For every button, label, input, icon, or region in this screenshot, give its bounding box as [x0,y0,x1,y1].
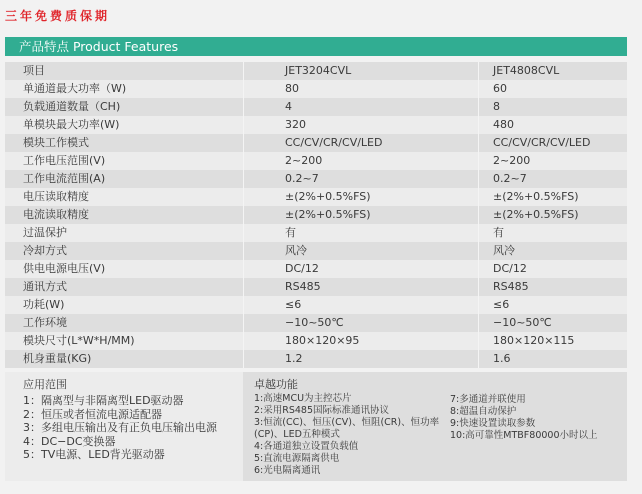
model-1-value: ≤6 [244,296,479,314]
application-item: 2：恒压或者恒流电源适配器 [23,408,243,422]
application-item: 1：隔离型与非隔离型LED驱动器 [23,394,243,408]
model-1-value: ±(2%+0.5%FS) [244,188,479,206]
table-row: 电流读取精度 ±(2%+0.5%FS) ±(2%+0.5%FS) [5,206,627,224]
model-1-value: 2~200 [244,152,479,170]
row-label: 过温保护 [5,224,244,242]
model-1-value: 风冷 [244,242,479,260]
table-row: 工作电压范围(V) 2~200 2~200 [5,152,627,170]
row-label: 项目 [5,62,244,80]
model-1-value: CC/CV/CR/CV/LED [244,134,479,152]
table-row: 负载通道数量（CH) 4 8 [5,98,627,116]
table-row: 模块尺寸(L*W*H/MM) 180×120×95 180×120×115 [5,332,627,350]
table-row: 工作环境 −10~50℃ −10~50℃ [5,314,627,332]
row-label: 负载通道数量（CH) [5,98,244,116]
table-row: 电压读取精度 ±(2%+0.5%FS) ±(2%+0.5%FS) [5,188,627,206]
model-2-value: 480 [479,116,628,134]
table-row: 工作电流范围(A) 0.2~7 0.2~7 [5,170,627,188]
feature-item: 2:采用RS485国际标准通讯协议 [254,405,450,417]
model-1-value: 0.2~7 [244,170,479,188]
application-item: 3：多组电压输出及有正负电压输出电源 [23,421,243,435]
applications-panel: 应用范围 1：隔离型与非隔离型LED驱动器 2：恒压或者恒流电源适配器 3：多组… [5,372,243,481]
features-column-1: 1:高速MCU为主控芯片 2:采用RS485国际标准通讯协议 3:恒流(CC)、… [254,393,450,477]
row-label: 电流读取精度 [5,206,244,224]
feature-item: 7:多通道并联使用 [450,394,598,406]
model-2-value: 8 [479,98,628,116]
features-column-2: 7:多通道并联使用 8:超温自动保护 9:快速设置读取参数 10:高可靠性MTB… [450,394,598,442]
model-2-value: ±(2%+0.5%FS) [479,188,628,206]
spec-table: 项目 JET3204CVL JET4808CVL 单通道最大功率（W) 80 6… [5,62,627,368]
model-2-value: −10~50℃ [479,314,628,332]
features-panel: 卓越功能 1:高速MCU为主控芯片 2:采用RS485国际标准通讯协议 3:恒流… [243,372,627,481]
model-2-value: 60 [479,80,628,98]
table-row: 机身重量(KG) 1.2 1.6 [5,350,627,368]
model-2-value: ±(2%+0.5%FS) [479,206,628,224]
model-2-value: 180×120×115 [479,332,628,350]
feature-item: 9:快速设置读取参数 [450,418,598,430]
row-label: 电压读取精度 [5,188,244,206]
section-header-product-features: 产品特点 Product Features [5,37,627,56]
table-row: 单模块最大功率(W) 320 480 [5,116,627,134]
table-row: 冷却方式 风冷 风冷 [5,242,627,260]
model-1-value: 320 [244,116,479,134]
row-label: 模块尺寸(L*W*H/MM) [5,332,244,350]
row-label: 机身重量(KG) [5,350,244,368]
model-1-value: 80 [244,80,479,98]
feature-item: 3:恒流(CC)、恒压(CV)、恒阻(CR)、恒功率(CP)、LED五种模式 [254,417,450,441]
model-2-value: CC/CV/CR/CV/LED [479,134,628,152]
row-label: 工作电流范围(A) [5,170,244,188]
table-header-row: 项目 JET3204CVL JET4808CVL [5,62,627,80]
table-row: 供电电源电压(V) DC/12 DC/12 [5,260,627,278]
warranty-title: 三年免费质保期 [5,7,110,24]
row-label: 供电电源电压(V) [5,260,244,278]
model-2-value: 1.6 [479,350,628,368]
model-1-value: 4 [244,98,479,116]
bottom-info-panel: 应用范围 1：隔离型与非隔离型LED驱动器 2：恒压或者恒流电源适配器 3：多组… [5,372,627,481]
row-label: 通讯方式 [5,278,244,296]
applications-title: 应用范围 [23,377,243,392]
table-row: 单通道最大功率（W) 80 60 [5,80,627,98]
model-2-value: 0.2~7 [479,170,628,188]
table-row: 模块工作模式 CC/CV/CR/CV/LED CC/CV/CR/CV/LED [5,134,627,152]
feature-item: 8:超温自动保护 [450,406,598,418]
model-1-value: 有 [244,224,479,242]
model-1-value: −10~50℃ [244,314,479,332]
model-1-value: ±(2%+0.5%FS) [244,206,479,224]
model-1-value: RS485 [244,278,479,296]
row-label: 工作环境 [5,314,244,332]
model-1-value: DC/12 [244,260,479,278]
feature-item: 6:光电隔离通讯 [254,465,450,477]
row-label: 功耗(W) [5,296,244,314]
model-2-value: 有 [479,224,628,242]
application-item: 4：DC−DC变换器 [23,435,243,449]
model-2-value: RS485 [479,278,628,296]
table-row: 通讯方式 RS485 RS485 [5,278,627,296]
table-row: 功耗(W) ≤6 ≤6 [5,296,627,314]
model-2-value: 风冷 [479,242,628,260]
feature-item: 1:高速MCU为主控芯片 [254,393,450,405]
feature-item: 10:高可靠性MTBF80000小时以上 [450,430,598,442]
feature-item: 5:直流电源隔离供电 [254,453,450,465]
model-2-header: JET4808CVL [479,62,628,80]
row-label: 冷却方式 [5,242,244,260]
row-label: 模块工作模式 [5,134,244,152]
feature-item: 4:各通道独立设置负载值 [254,441,450,453]
row-label: 单通道最大功率（W) [5,80,244,98]
model-2-value: DC/12 [479,260,628,278]
model-1-value: 180×120×95 [244,332,479,350]
row-label: 工作电压范围(V) [5,152,244,170]
model-2-value: 2~200 [479,152,628,170]
model-1-value: 1.2 [244,350,479,368]
table-row: 过温保护 有 有 [5,224,627,242]
row-label: 单模块最大功率(W) [5,116,244,134]
features-title: 卓越功能 [254,377,627,392]
model-2-value: ≤6 [479,296,628,314]
application-item: 5：TV电源、LED背光驱动器 [23,448,243,462]
model-1-header: JET3204CVL [244,62,479,80]
